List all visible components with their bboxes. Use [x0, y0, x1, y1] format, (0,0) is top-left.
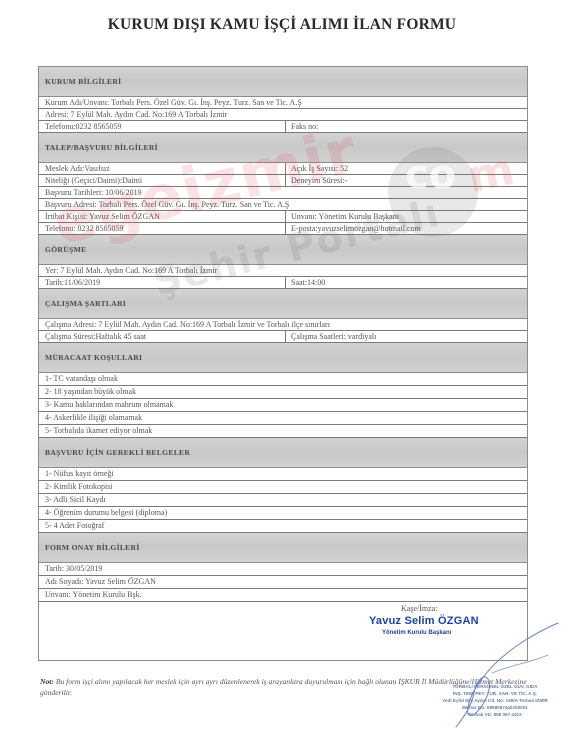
- stamp-line: Yedi Eylül Mh. Aydın Cd. No: 169/A Torba…: [440, 697, 550, 704]
- stamp-line: Torbalı VD. 858 067 4422: [440, 711, 550, 718]
- interview-place: Yer: 7 Eylül Mah. Aydın Cad. No:169 A To…: [39, 265, 527, 276]
- table-row: Yer: 7 Eylül Mah. Aydın Cad. No:169 A To…: [39, 265, 527, 277]
- contact-email: E-posta:yavuzselimozgan@hotmail.com: [286, 223, 527, 234]
- kurum-phone: Telefonu:0232 8565059: [39, 121, 286, 132]
- stamp-line: TORBALI PERSONEL ÖZEL GÜV. GIDA: [440, 683, 550, 690]
- stamp-line: Mersis No: 0858067442200001: [440, 704, 550, 711]
- table-row: Telefonu:0232 8565059 Faks no:: [39, 121, 527, 133]
- list-item: 5- 4 Adet Fotoğraf: [39, 520, 527, 533]
- list-item: 1- TC vatandaşı olmak: [39, 373, 527, 386]
- experience: Deneyim Süresi:-: [286, 175, 527, 186]
- table-row: Tarih:11/06/2019 Saat:14:00: [39, 277, 527, 289]
- profession: Meslek Adı:Vasıfsız: [39, 163, 286, 174]
- table-row: Başvuru Adresi: Torbalı Pers. Özel Güv. …: [39, 199, 527, 211]
- list-item: 3- Kamu haklarından mahrum olmamak: [39, 399, 527, 412]
- table-row: Tarih: 30/05/2019: [39, 563, 527, 576]
- contact-person: İrtibat Kişisi: Yavuz Selim ÖZGAN: [39, 211, 286, 222]
- kurum-address: Adresi: 7 Eylül Mah. Aydın Cad. No:169 A…: [39, 109, 527, 120]
- section-talep-heading: TALEP/BAŞVURU BİLGİLERİ: [39, 133, 527, 163]
- work-hours: Çalışma Saatleri: vardiyalı: [286, 331, 527, 342]
- application-dates: Başvuru Tarihleri: 10/06/2019: [39, 187, 527, 198]
- table-row: Unvanı: Yönetim Kurulu Bşk.: [39, 589, 527, 602]
- section-gorusme-heading: GÖRÜŞME: [39, 235, 527, 265]
- section-muracaat-heading: MÜRACAAT KOŞULLARI: [39, 343, 527, 373]
- table-row: İrtibat Kişisi: Yavuz Selim ÖZGAN Unvanı…: [39, 211, 527, 223]
- stamp-name: Yavuz Selim ÖZGAN: [369, 615, 479, 627]
- condition-text: 3- Kamu haklarından mahrum olmamak: [39, 399, 527, 411]
- table-row: Çalışma Adresi: 7 Eylül Mah. Aydın Cad. …: [39, 319, 527, 331]
- table-row: Telefonu: 0232 8565059 E-posta:yavuzseli…: [39, 223, 527, 235]
- document-text: 3- Adli Sicil Kaydı: [39, 494, 527, 506]
- note-label: Not:: [40, 677, 54, 686]
- section-onay-heading: FORM ONAY BİLGİLERİ: [39, 533, 527, 563]
- signature-box: Kaşe/İmza: Yavuz Selim ÖZGAN Yönetim Kur…: [39, 602, 527, 660]
- table-row: Kurum Adı/Unvanı: Torbalı Pers. Özel Güv…: [39, 97, 527, 109]
- document-text: 5- 4 Adet Fotoğraf: [39, 520, 527, 532]
- list-item: 4- Öğrenim durumu belgesi (diploma): [39, 507, 527, 520]
- condition-text: 5- Torbalıda ikamet ediyor olmak: [39, 425, 527, 437]
- stamp-line: İNŞ. TEM. PEY. TUR. SAN. VE TİC. A.Ş.: [440, 690, 550, 697]
- section-belgeler-heading: BAŞVURU İÇİN GEREKLİ BELGELER: [39, 438, 527, 468]
- application-address: Başvuru Adresi: Torbalı Pers. Özel Güv. …: [39, 199, 527, 210]
- document-text: 2- Kimlik Fotokopisi: [39, 481, 527, 493]
- list-item: 5- Torbalıda ikamet ediyor olmak: [39, 425, 527, 438]
- table-row: Adı Soyadı: Yavuz Selim ÖZGAN: [39, 576, 527, 589]
- signature-label: Kaşe/İmza:: [401, 604, 437, 613]
- list-item: 3- Adli Sicil Kaydı: [39, 494, 527, 507]
- form-title: KURUM DIŞI KAMU İŞÇİ ALIMI İLAN FORMU: [0, 16, 564, 34]
- document-text: 1- Nüfus kayıt örneği: [39, 468, 527, 480]
- table-row: Başvuru Tarihleri: 10/06/2019: [39, 187, 527, 199]
- kurum-fax: Faks no:: [286, 121, 527, 132]
- list-item: 2- Kimlik Fotokopisi: [39, 481, 527, 494]
- table-row: Adresi: 7 Eylül Mah. Aydın Cad. No:169 A…: [39, 109, 527, 121]
- condition-text: 2- 18 yaşından büyük olmak: [39, 386, 527, 398]
- table-row: Çalışma Süresi:Haftalık 45 saat Çalışma …: [39, 331, 527, 343]
- approval-date: Tarih: 30/05/2019: [39, 563, 527, 575]
- stamp-title: Yönetim Kurulu Başkanı: [382, 630, 451, 636]
- open-positions: Açık İş Sayısı: 52: [286, 163, 527, 174]
- employment-type: Niteliği (Geçici/Daimi):Daimi: [39, 175, 286, 186]
- interview-date: Tarih:11/06/2019: [39, 277, 286, 288]
- company-stamp: TORBALI PERSONEL ÖZEL GÜV. GIDA İNŞ. TEM…: [440, 683, 550, 718]
- list-item: 1- Nüfus kayıt örneği: [39, 468, 527, 481]
- section-calisma-heading: ÇALIŞMA ŞARTLARI: [39, 289, 527, 319]
- contact-phone: Telefonu: 0232 8565059: [39, 223, 286, 234]
- interview-time: Saat:14:00: [286, 277, 527, 288]
- contact-title: Unvanı: Yönetim Kurulu Başkanı: [286, 211, 527, 222]
- work-address: Çalışma Adresi: 7 Eylül Mah. Aydın Cad. …: [39, 319, 527, 330]
- form-table: KURUM BİLGİLERİ Kurum Adı/Unvanı: Torbal…: [38, 66, 528, 661]
- list-item: 4- Askerlikle ilişiği olamamak: [39, 412, 527, 425]
- kurum-name: Kurum Adı/Unvanı: Torbalı Pers. Özel Güv…: [39, 97, 527, 108]
- approver-name: Adı Soyadı: Yavuz Selim ÖZGAN: [39, 576, 527, 588]
- table-row: Meslek Adı:Vasıfsız Açık İş Sayısı: 52: [39, 163, 527, 175]
- work-duration: Çalışma Süresi:Haftalık 45 saat: [39, 331, 286, 342]
- approver-title: Unvanı: Yönetim Kurulu Bşk.: [39, 589, 527, 601]
- list-item: 2- 18 yaşından büyük olmak: [39, 386, 527, 399]
- condition-text: 4- Askerlikle ilişiği olamamak: [39, 412, 527, 424]
- table-row: Niteliği (Geçici/Daimi):Daimi Deneyim Sü…: [39, 175, 527, 187]
- section-kurum-heading: KURUM BİLGİLERİ: [39, 67, 527, 97]
- condition-text: 1- TC vatandaşı olmak: [39, 373, 527, 385]
- document-text: 4- Öğrenim durumu belgesi (diploma): [39, 507, 527, 519]
